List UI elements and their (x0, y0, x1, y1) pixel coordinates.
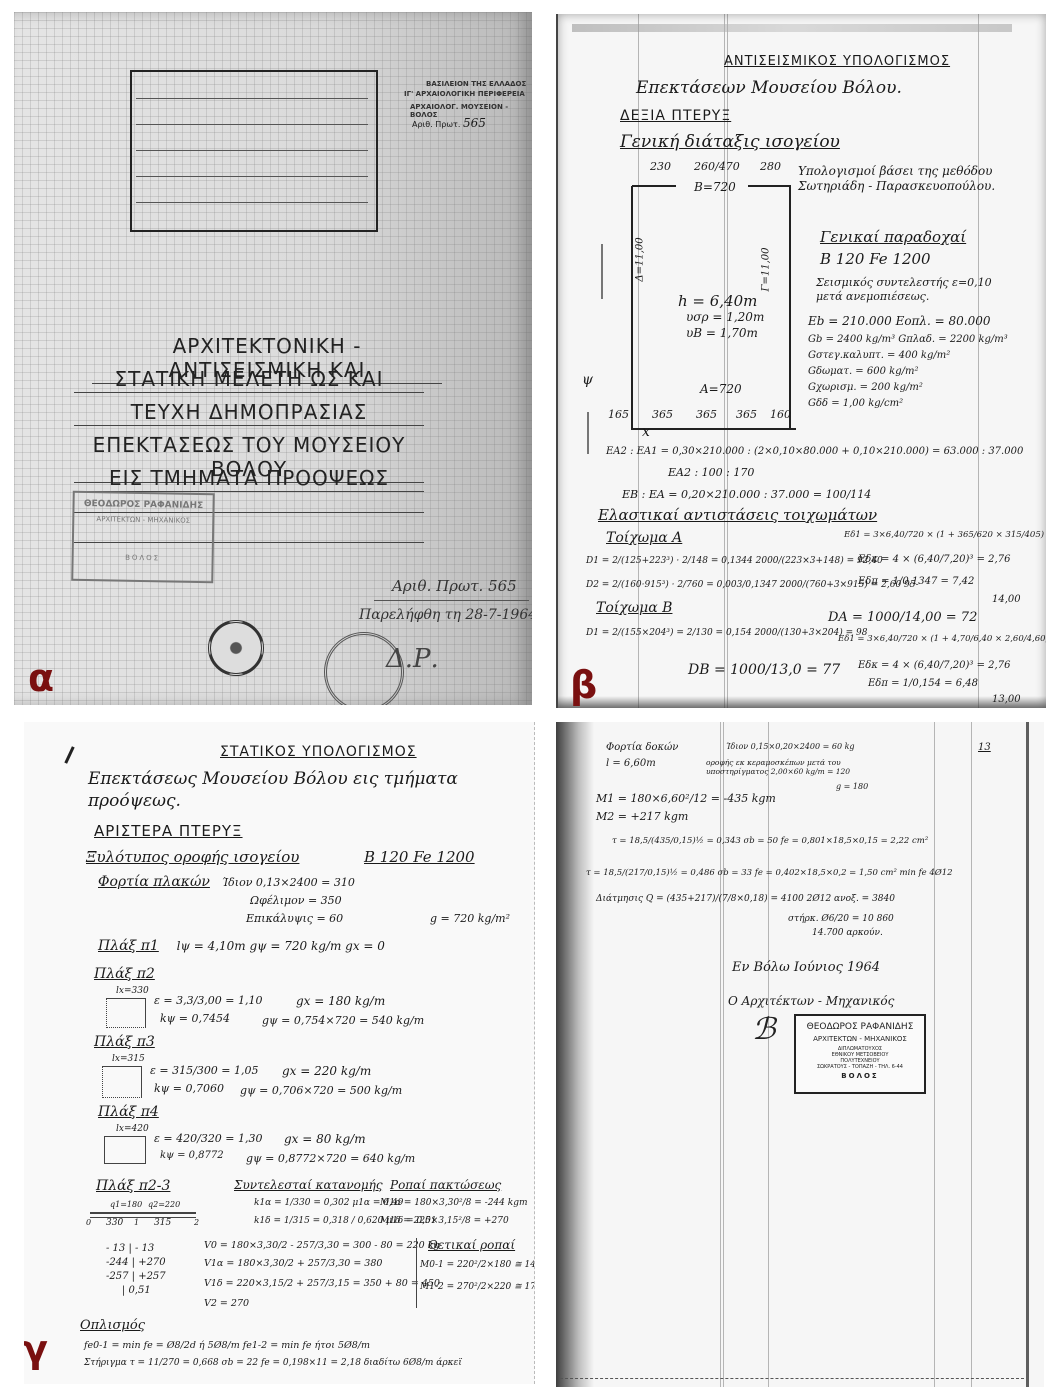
dim-B: B=720 (694, 180, 736, 194)
shear-line: V2 = 270 (204, 1298, 249, 1309)
slab-4-eps: ε = 420/320 = 1,30 (154, 1132, 263, 1145)
slab-4-sketch (104, 1136, 146, 1164)
span-2: 315 (154, 1218, 171, 1228)
load-line: Επικάλυψις = 60 (246, 912, 343, 925)
moment-distribution-table: - 13 | - 13-244 | +270-257 | +257 | 0,51 (106, 1242, 166, 1298)
right-calc: Eδκ = 4 × (6,40/7,20)³ = 2,76 (858, 660, 1010, 671)
doc-subtitle: Επεκτάσεων Μουσείου Βόλου. (636, 78, 902, 98)
slab-1-name: Πλάξ π1 (98, 938, 159, 954)
panel-beta-seismic-calc: ΑΝΤΙΣΕΙΣΜΙΚΟΣ ΥΠΟΛΟΓΙΣΜΟΣ Επεκτάσεων Μου… (556, 14, 1046, 708)
slab-3-gy: gψ = 0,706×720 = 500 kg/m (240, 1084, 402, 1097)
dim-A: A=720 (700, 382, 742, 396)
panel-alpha-cover-page: ΒΑΣΙΛΕΙΟΝ ΤΗΣ ΕΛΛΑΔΟΣ ΙΓ' ΑΡΧΑΙΟΛΟΓΙΚΗ Π… (14, 12, 532, 705)
signoff: Ο Αρχιτέκτων - Μηχανικός (728, 994, 894, 1008)
right-calc: Eδ1 = 3×6,40/720 × (1 + 4,70/6,40 × 2,60… (838, 634, 1046, 644)
load-line: g = 180 (836, 782, 868, 791)
doc-title: ΣΤΑΤΙΚΟΣ ΥΠΟΛΟΓΙΣΜΟΣ (220, 744, 417, 760)
calc-line: M1 = 180×6,60²/12 = -435 kgm (596, 792, 776, 805)
wall-a-heading: Τοίχωμα Α (606, 530, 682, 546)
shear-line: V0 = 180×3,30/2 - 257/3,30 = 300 - 80 = … (204, 1240, 440, 1251)
place-date: Εν Βόλω Ιούνιος 1964 (732, 960, 880, 975)
support-1: 1 (134, 1218, 139, 1227)
slab-3-lx: lx=315 (112, 1054, 145, 1064)
calc-line: 14.700 αρκούν. (812, 928, 883, 938)
architect-stamp: ΘΕΟΔΩΡΟΣ ΡΑΦΑΝΙΔΗΣ ΑΡΧΙΤΕΚΤΩΝ - ΜΗΧΑΝΙΚΟ… (794, 1014, 926, 1094)
load-line: οροφής εκ κεραμοσκέπων μετά του υποστηρί… (706, 758, 876, 776)
divider (416, 1238, 417, 1308)
panel-label-gamma: γ (24, 1330, 48, 1368)
handwritten-date: Παρελήφθη τη 28-7-1964 (359, 607, 532, 623)
slab-4-name: Πλάξ π4 (98, 1104, 159, 1120)
materials: B 120 Fe 1200 (820, 250, 931, 268)
scan-shadow (556, 722, 594, 1387)
dim-v-sp: υσρ = 1,20m (686, 310, 764, 324)
param-line: Gχωρισμ. = 200 kg/m² (808, 382, 923, 393)
dim-top-3: 280 (760, 160, 781, 173)
calc-line: M2 = +217 kgm (596, 810, 688, 823)
slab-2-sketch (106, 998, 146, 1028)
doc-title: ΑΝΤΙΣΕΙΣΜΙΚΟΣ ΥΠΟΛΟΓΙΣΜΟΣ (724, 54, 950, 69)
param-line: Eb = 210.000 Eοπλ. = 80.000 (808, 314, 991, 328)
calc-line: τ = 18,5/(435/0,15)½ = 0,343 σb = 50 fe … (612, 836, 928, 846)
slab-2-name: Πλάξ π2 (94, 966, 155, 982)
subsection-heading: Γενική διάταξις ισογείου (620, 132, 840, 152)
protocol-number: 565 (463, 116, 486, 130)
wall-a-row: D1 = 2/(125+223³) · 2/148 = 0,1344 2000/… (586, 556, 883, 566)
param-line: Gδωματ. = 600 kg/m² (808, 366, 918, 377)
positive-moment: M1-2 = 270²/2×220 ≅ 170 kgm (420, 1282, 535, 1292)
beam-load-1: q1=180 (110, 1200, 142, 1209)
dim-top-1: 230 (650, 160, 671, 173)
dim-delta: Δ=11,00 (635, 237, 646, 281)
distribution-title: Συντελεσταί κατανομής (234, 1178, 383, 1192)
panel-label-beta: β (570, 666, 597, 704)
panel-label-alpha: α (28, 659, 54, 697)
right-calc: Eδπ = 1/0,154 = 6,48 (868, 678, 978, 689)
official-seal-left (208, 620, 264, 676)
reinforcement-line: Στήριγμα τ = 11/270 = 0,668 σb = 22 fe =… (84, 1358, 462, 1368)
slab-1-text: lψ = 4,10m gψ = 720 kg/m gx = 0 (177, 939, 385, 953)
page-number: 13 (978, 742, 991, 753)
slab-4-lx: lx=420 (116, 1124, 149, 1134)
loads-title: Φορτία δοκών (606, 742, 678, 753)
slab-2-lx: lx=330 (116, 986, 149, 996)
dim-bottom-2: 365 (652, 408, 673, 421)
architect-stamp: ΘΕΟΔΩΡΟΣ ΡΑΦΑΝΙΔΗΣ ΑΡΧΙΤΕΚΤΩΝ - ΜΗΧΑΝΙΚΟ… (71, 491, 215, 583)
wall-b-heading: Τοίχωμα Β (596, 600, 672, 616)
signature: ℬ (752, 1012, 776, 1047)
D-B-result: DB = 1000/13,0 = 77 (688, 662, 840, 678)
reinforcement-title: Οπλισμός (80, 1318, 145, 1333)
fixed-moment: M1δ = 220×3,15²/8 = +270 (380, 1216, 509, 1226)
panel-gamma-static-calc: ΣΤΑΤΙΚΟΣ ΥΠΟΛΟΓΙΣΜΟΣ Επεκτάσεως Μουσείου… (24, 722, 535, 1384)
slab-2-gx: gx = 180 kg/m (296, 994, 385, 1008)
load-line: Ίδιον 0,15×0,20×2400 = 60 kg (726, 742, 855, 751)
slab-3-k: kψ = 0,7060 (154, 1082, 224, 1095)
protocol-field: Αριθ. Πρωτ. 565 (412, 116, 486, 130)
header-line-2: ΙΓ' ΑΡΧΑΙΟΛΟΓΙΚΗ ΠΕΡΙΦΕΡΕΙΑ (404, 90, 525, 98)
slab-2-eps: ε = 3,3/3,00 = 1,10 (154, 994, 263, 1007)
D-A-result: DA = 1000/14,00 = 72 (828, 610, 977, 625)
section-heading: ΑΡΙΣΤΕΡΑ ΠΤΕΡΥΞ (94, 822, 243, 840)
signature-rule (374, 600, 529, 601)
slab-4-k: kψ = 0,8772 (160, 1150, 224, 1161)
slab-3-sketch (102, 1066, 142, 1098)
param-line: Gδδ = 1,00 kg/cm² (808, 398, 903, 409)
dim-top-2: 260/470 (694, 160, 740, 173)
panel-delta-beam-calc: Φορτία δοκών l = 6,60m Ίδιον 0,15×0,20×2… (556, 722, 1044, 1387)
wall-b-row: D1 = 2/(155×204³) = 2/130 = 0,154 2000/(… (586, 628, 867, 638)
scan-bottom-edge (558, 696, 1046, 708)
axis-y-label: ψ (582, 372, 593, 388)
scan-bottom-edge (560, 1378, 1024, 1379)
protocol-label: Αριθ. Πρωτ. (412, 120, 460, 129)
fixed-moment: M1α = 180×3,30²/8 = -244 kgm (380, 1198, 528, 1208)
cover-title-line-2: ΣΤΑΤΙΚΗ ΜΕΛΕΤΗ ΩΣ ΚΑΙ (74, 367, 424, 393)
equation-1: EA2 : EA1 = 0,30×210.000 : (2×0,10×80.00… (606, 446, 1023, 457)
right-calc: 14,00 (992, 594, 1021, 605)
section-heading: ΔΕΞΙΑ ΠΤΕΡΥΞ (620, 108, 731, 124)
span-length: l = 6,60m (606, 758, 656, 769)
dim-bottom-3: 365 (696, 408, 717, 421)
stamp-title: ΑΡΧΙΤΕΚΤΩΝ - ΜΗΧΑΝΙΚΟΣ (74, 515, 212, 525)
doc-subtitle: Επεκτάσεως Μουσείου Βόλου εις τμήματα πρ… (88, 768, 528, 812)
dim-h: h = 6,40m (678, 292, 757, 310)
load-line: Ίδιον 0,13×2400 = 310 (222, 876, 355, 889)
slab-4-gx: gx = 80 kg/m (284, 1132, 366, 1146)
header-line-1: ΒΑΣΙΛΕΙΟΝ ΤΗΣ ΕΛΛΑΔΟΣ (426, 80, 526, 88)
stamp-city: ΒΟΛΟΣ (796, 1072, 924, 1080)
load-total: g = 720 kg/m² (430, 912, 510, 925)
scan-top-edge (572, 24, 1012, 32)
slab-3-gx: gx = 220 kg/m (282, 1064, 371, 1078)
tick-mark (64, 746, 74, 764)
cover-title-line-5: ΕΙΣ ΤΜΗΜΑΤΑ ΠΡΟΟΨΕΩΣ (74, 466, 424, 492)
calc-line: στήρκ. Ø6/20 = 10 860 (788, 914, 894, 924)
right-calc: Eδ1 = 3×6,40/720 × (1 + 365/620 × 315/40… (844, 530, 1046, 540)
slab-heading: Ξυλότυπος οροφής ισογείου (86, 848, 299, 866)
shear-line: V1δ = 220×3,15/2 + 257/3,15 = 350 + 80 =… (204, 1278, 440, 1289)
slab-4-gy: gψ = 0,8772×720 = 640 kg/m (246, 1152, 415, 1165)
slab-3-name: Πλάξ π3 (94, 1034, 155, 1050)
param-line: Gb = 2400 kg/m³ Gπλαδ. = 2200 kg/m³ (808, 334, 1008, 345)
positive-moments-title: Θετικαί ροπαί (428, 1238, 515, 1252)
axis-x-label: x (642, 424, 650, 440)
fixed-moments-title: Ροπαί πακτώσεως (390, 1178, 501, 1192)
calc-line: τ = 18,5/(217/0,15)½ = 0,486 σb = 33 fe … (586, 868, 953, 878)
dim-bottom-5: 160 (770, 408, 791, 421)
loads-title: Φορτία πλακών (98, 874, 210, 890)
param-line: Gστεγ.καλυπτ. = 400 kg/m² (808, 350, 950, 361)
positive-moment: M0-1 = 220²/2×180 ≅ 140 kgm (420, 1260, 535, 1270)
assumptions-title: Γενικαί παραδοχαί (820, 228, 966, 246)
elastic-resistance-title: Ελαστικαί αντιστάσεις τοιχωμάτων (598, 506, 877, 524)
slab-2-gy: gψ = 0,754×720 = 540 kg/m (262, 1014, 424, 1027)
method-note: Υπολογισμοί βάσει της μεθόδου Σωτηριάδη … (798, 164, 998, 194)
stamp-name: ΘΕΟΔΩΡΟΣ ΡΑΦΑΝΙΔΗΣ (796, 1022, 924, 1032)
blank-label-box (130, 70, 378, 232)
slab-3-eps: ε = 315/300 = 1,05 (150, 1064, 259, 1077)
stamp-city: ΒΟΛΟΣ (74, 553, 212, 563)
right-calc: Eδπ = 1/0,1347 = 7,42 (858, 576, 974, 587)
beam-load-2: q2=220 (148, 1200, 180, 1209)
reinforcement-line: fe0-1 = min fe = Ø8/2d ή 5Ø8/m fe1-2 = m… (84, 1340, 370, 1351)
load-line: Ωφέλιμον = 350 (250, 894, 342, 907)
stamp-name: ΘΕΟΔΩΡΟΣ ΡΑΦΑΝΙΔΗΣ (74, 499, 212, 511)
equation-2: EA2 : 100 : 170 (668, 466, 754, 479)
seismic-coefficient: Σεισμικός συντελεστής ε=0,10 μετά ανεμοπ… (816, 276, 1016, 304)
dim-v-b: υΒ = 1,70m (686, 326, 758, 340)
span-1: 330 (106, 1218, 123, 1228)
dim-gamma: Γ=11,00 (760, 248, 771, 292)
dim-bottom-1: 165 (608, 408, 629, 421)
calc-line: Διάτμησις Q = (435+217)/(7/8×0,18) = 410… (596, 894, 895, 904)
handwritten-protocol: Αριθ. Πρωτ. 565 (392, 577, 517, 595)
slab-1: Πλάξ π1 lψ = 4,10m gψ = 720 kg/m gx = 0 (98, 938, 385, 954)
cover-title-line-3: ΤΕΥΧΗ ΔΗΜΟΠΡΑΣΙΑΣ (74, 400, 424, 426)
equation-3: EB : EA = 0,20×210.000 : 37.000 = 100/11… (622, 488, 871, 501)
shear-line: V1α = 180×3,30/2 + 257/3,30 = 380 (204, 1258, 382, 1269)
slab-2-k: kψ = 0,7454 (160, 1012, 230, 1025)
materials: B 120 Fe 1200 (364, 848, 475, 866)
dim-bottom-4: 365 (736, 408, 757, 421)
stamp-title: ΑΡΧΙΤΕΚΤΩΝ - ΜΗΧΑΝΙΚΟΣ (796, 1035, 924, 1043)
signature: Δ.Ρ. (386, 644, 439, 674)
support-0: 0 (86, 1218, 91, 1227)
slab-23-name: Πλάξ π2-3 (96, 1178, 170, 1194)
support-2: 2 (194, 1218, 199, 1227)
right-calc: Eδκ = 4 × (6,40/7,20)³ = 2,76 (858, 554, 1010, 565)
